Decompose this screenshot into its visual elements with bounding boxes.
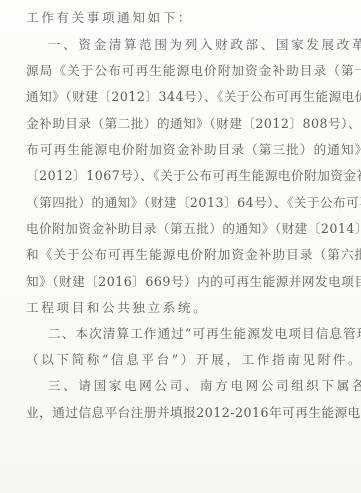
doc-line: 和《关于公布可再生能源电价附加资金补助目录（第六批）的通 xyxy=(26,247,344,263)
doc-line: 知》（财建〔2016〕669号）内的可再生能源并网发电项目、接网 xyxy=(26,274,344,290)
document-page: 工作有关事项通知如下： 一、资金清算范围为列入财政部、国家发展改革委、国家能 源… xyxy=(0,0,361,493)
doc-line: 通知》（财建〔2012〕344号）、《关于公布可再生能源电价附加资 xyxy=(26,89,344,105)
doc-line: （第四批）的通知》（财建〔2013〕64号）、《关于公布可再生能源 xyxy=(26,195,344,211)
doc-line: 业，通过信息平台注册并填报2012-2016年可再生能源电价附加补 xyxy=(26,405,344,421)
doc-line-item-1-start: 一、资金清算范围为列入财政部、国家发展改革委、国家能 xyxy=(48,37,344,53)
doc-line: （以下简称“信息平台”）开展，工作指南见附件。 xyxy=(26,352,344,368)
doc-line: 源局《关于公布可再生能源电价附加资金补助目录（第一批）的 xyxy=(26,63,344,79)
doc-line: 〔2012〕1067号）、《关于公布可再生能源电价附加资金补助目录 xyxy=(26,168,344,184)
doc-line-intro: 工作有关事项通知如下： xyxy=(26,10,344,26)
doc-line: 电价附加资金补助目录（第五批）的通知》（财建〔2014〕489号） xyxy=(26,221,344,237)
doc-line: 金补助目录（第二批）的通知》（财建〔2012〕808号）、《关于公 xyxy=(26,116,344,132)
doc-line-item-3-start: 三、请国家电网公司、南方电网公司组织下属各省级电网企 xyxy=(48,378,344,394)
doc-line: 布可再生能源电价附加资金补助目录（第三批）的通知》（财建 xyxy=(26,142,344,158)
doc-line: 工程项目和公共独立系统。 xyxy=(26,300,344,316)
doc-line-item-2-start: 二、本次清算工作通过“可再生能源发电项目信息管理平台” xyxy=(48,326,344,342)
